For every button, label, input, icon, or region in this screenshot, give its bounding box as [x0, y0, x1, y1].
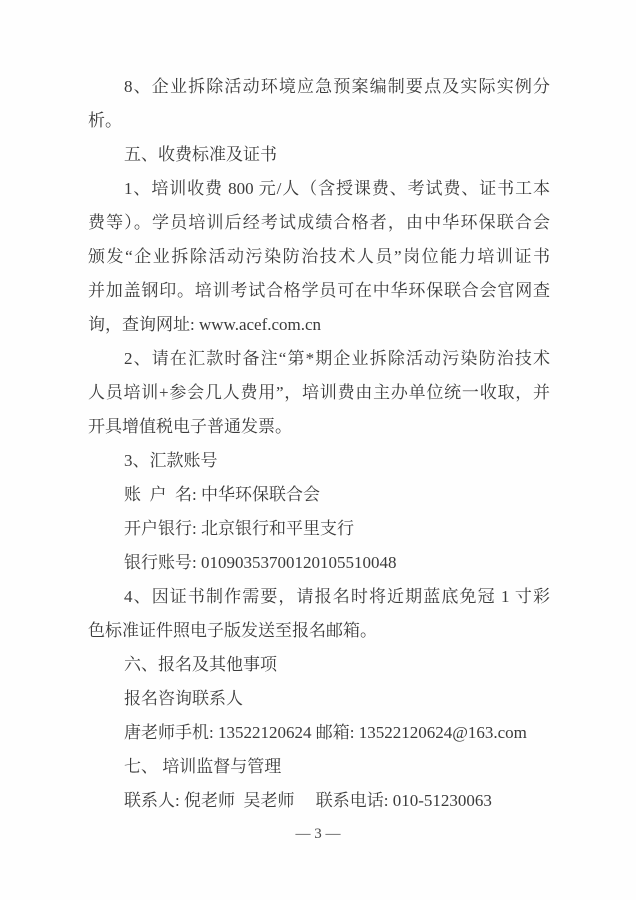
text-line: 开具增值税电子普通发票。: [88, 410, 550, 444]
section-heading-registration: 六、报名及其他事项: [88, 648, 550, 682]
text-line-bank-account-number: 银行账号: 01090353700120105510048: [88, 546, 550, 580]
document-page: 8、企业拆除活动环境应急预案编制要点及实际实例分 析。 五、收费标准及证书 1、…: [0, 0, 636, 900]
text-line: 析。: [88, 104, 550, 138]
text-line: 并加盖钢印。培训考试合格学员可在中华环保联合会官网查: [88, 274, 550, 308]
text-line-remittance-account: 3、汇款账号: [88, 444, 550, 478]
text-line: 费等）。学员培训后经考试成绩合格者，由中华环保联合会: [88, 206, 550, 240]
text-line: 人员培训+参会几人费用”，培训费由主办单位统一收取，并: [88, 376, 550, 410]
text-line-bank-branch: 开户银行: 北京银行和平里支行: [88, 512, 550, 546]
text-line-phone-email: 唐老师手机: 13522120624 邮箱: 13522120624@163.c…: [88, 716, 550, 750]
text-line: 8、企业拆除活动环境应急预案编制要点及实际实例分: [88, 70, 550, 104]
section-heading-fees-certificate: 五、收费标准及证书: [88, 138, 550, 172]
text-line: 颁发“企业拆除活动污染防治技术人员”岗位能力培训证书: [88, 240, 550, 274]
text-line-contact-label: 报名咨询联系人: [88, 682, 550, 716]
text-line-account-name: 账 户 名: 中华环保联合会: [88, 478, 550, 512]
page-number-footer: — 3 —: [0, 826, 636, 843]
page-content: 8、企业拆除活动环境应急预案编制要点及实际实例分 析。 五、收费标准及证书 1、…: [88, 70, 550, 818]
text-line: 4、因证书制作需要，请报名时将近期蓝底免冠 1 寸彩: [88, 580, 550, 614]
text-line-website-url: 询，查询网址: www.acef.com.cn: [88, 308, 550, 342]
text-line: 色标准证件照电子版发送至报名邮箱。: [88, 614, 550, 648]
text-line: 1、培训收费 800 元/人（含授课费、考试费、证书工本: [88, 172, 550, 206]
text-line: 2、请在汇款时备注“第*期企业拆除活动污染防治技术: [88, 342, 550, 376]
section-heading-supervision: 七、 培训监督与管理: [88, 750, 550, 784]
text-line-contacts-telephone: 联系人: 倪老师 吴老师 联系电话: 010-51230063: [88, 784, 550, 818]
